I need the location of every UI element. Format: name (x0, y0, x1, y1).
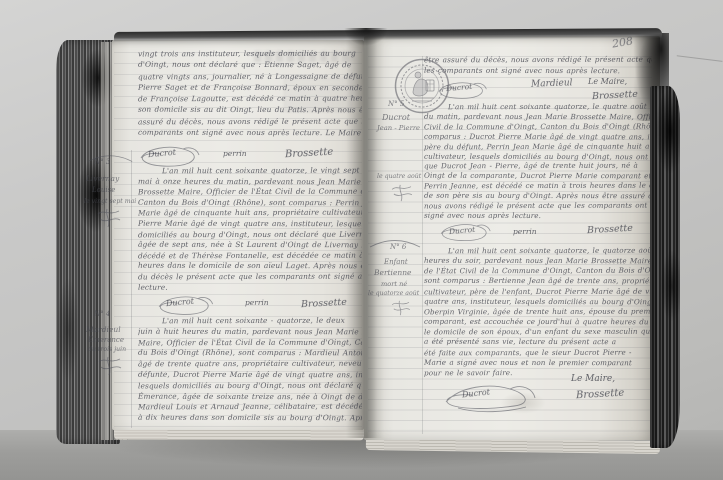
act-date: du trois juin (88, 346, 126, 353)
margin-note-line: Enfant (384, 258, 408, 266)
deceased-name: Mardieul (86, 325, 121, 334)
act-2-continuation-text: vingt trois ans instituteur, lesquels do… (138, 48, 362, 138)
act-number: N° 3 (94, 158, 110, 166)
handwritten-line: été faite aux comparants, que le sieur D… (424, 347, 654, 358)
act-date: le quatorze août (368, 290, 419, 297)
handwritten-line: a été présenté sans vie, lecture du prés… (424, 337, 654, 348)
handwritten-line: Pierre Marie âgé de vingt quatre ans, in… (138, 219, 362, 230)
act-4-continuation-text: être assuré du décès, nous avons rédigé … (424, 54, 652, 76)
act-5-text: L'an mil huit cent soixante quatorze, le… (424, 102, 654, 221)
signature-flourish-icon (438, 380, 538, 414)
deceased-name: Bertienne (374, 268, 412, 277)
handwritten-line: d'Oingt, nous ont déclaré que : Etienne … (138, 59, 362, 71)
signature-mardieul: Mardieul (531, 78, 573, 89)
handwritten-line: pour ne le savoir faire. (424, 368, 654, 379)
handwritten-line: âgé de trente quatre ans, propriétaire c… (138, 359, 362, 371)
handwritten-line: son domicile sis au dit Oingt, lieu du P… (138, 104, 362, 116)
deceased-name: Livernay (86, 174, 119, 183)
handwritten-line: nous avons rédigé le présent acte que le… (424, 201, 654, 212)
handwritten-line: heures dans le domicile de son aïeul Lag… (138, 261, 362, 272)
handwritten-line: assuré du décès, nous avons rédigé le pr… (138, 115, 362, 127)
signature-perrin: perrin (245, 298, 269, 307)
mayor-title: Le Maire, (588, 77, 627, 86)
act-number: N° 6 (390, 243, 406, 251)
handwritten-line: L'an mil huit cent soixante quatorze, le… (424, 102, 654, 112)
handwritten-line: Marie a signé avec nous et non le premie… (424, 357, 654, 368)
handwritten-line: signé avec nous après lecture. (424, 211, 654, 221)
handwritten-line: quatre vingts ans, journalier, né à Long… (138, 70, 362, 82)
act-number: N° 4 (94, 310, 110, 318)
deceased-name: Louise (92, 186, 115, 194)
handwritten-line: père du défunt, Perrin Jean Marie âgé de… (424, 141, 654, 152)
handwritten-line: Pierre Saget et de Françoise Bonnard, ép… (138, 82, 362, 94)
handwritten-line: du matin, pardevant nous Jean Marie Bros… (424, 112, 654, 122)
binding-notch (344, 28, 388, 46)
margin-rule-left (131, 150, 132, 428)
signature-perrin: perrin (223, 149, 247, 158)
scanned-register-photo: vingt trois ans instituteur, lesquels do… (0, 0, 723, 480)
act-6-text: L'an mil huit cent soixante quatorze, le… (424, 246, 654, 378)
act-number: N° 5 (388, 100, 404, 108)
handwritten-line: L'an mil huit cent soixante - quatorze, … (138, 316, 362, 327)
handwritten-line: comparus : Ducrot Pierre Marie âgé de vi… (424, 131, 654, 141)
handwritten-line: comparants ont signé avec nous après lec… (138, 127, 362, 139)
handwritten-line: lesquels domiciliés au bourg d'Oingt, no… (138, 380, 362, 392)
handwritten-line: juin à huit heures du matin, pardevant n… (138, 327, 362, 338)
handwritten-line: Marie âgé de cinquante huit ans, proprié… (138, 208, 362, 219)
signature-perrin: perrin (513, 227, 537, 236)
handwritten-line: à dix heures dans son domicile sis au bo… (138, 413, 362, 424)
handwritten-line: du Bois d'Oingt (Rhône), sont comparus :… (138, 348, 362, 359)
handwritten-line: quatre ans, instituteur, lesquels domici… (424, 297, 654, 308)
handwritten-line: sont comparus : Bertienne Jean âgé de tr… (424, 276, 654, 287)
deceased-name: Jean - Pierre (377, 124, 420, 132)
handwritten-line: défunte, Ducrot Pierre Marie âgé de ving… (138, 370, 362, 381)
paraph-flourish-icon (388, 184, 416, 202)
mayor-title: Le Maire, (571, 374, 615, 384)
handwritten-line: Mardieul Louis et Arnaud Jeanne, célibat… (138, 402, 362, 414)
act-date: le quatre août (377, 173, 421, 180)
deceased-name: Émerance (88, 336, 124, 344)
handwritten-line: les comparants ont signé avec nous après… (424, 65, 652, 76)
act-date: le vingt sept mai (84, 198, 136, 205)
handwritten-line: être assuré du décès, nous avons rédigé … (424, 54, 652, 65)
handwritten-line: âgée de sept ans, née à St Laurent d'Oin… (138, 240, 362, 251)
paraph-flourish-icon (388, 300, 414, 316)
handwritten-line: du décès le présent acte que les compara… (138, 272, 362, 283)
handwritten-line: L'an mil huit cent soixante quatorze, le… (138, 166, 362, 177)
deceased-name: Ducrot (382, 113, 410, 122)
handwritten-line: Civil de la Commune d'Oingt, Canton du B… (424, 121, 654, 132)
act-4-text: L'an mil huit cent soixante - quatorze, … (138, 316, 362, 424)
book-fore-edge (650, 86, 680, 448)
handwritten-line: lecture. (138, 282, 362, 293)
act-3-text: L'an mil huit cent soixante quatorze, le… (138, 166, 362, 293)
margin-note-line: mort né (381, 280, 407, 288)
handwritten-line: cultivateur, père de l'enfant, Ducrot Pi… (424, 286, 654, 297)
paraph-flourish-icon (95, 208, 123, 228)
paraph-flourish-icon (96, 356, 124, 376)
handwritten-line: Brossette Maire, Officier de l'État Civi… (138, 187, 362, 198)
